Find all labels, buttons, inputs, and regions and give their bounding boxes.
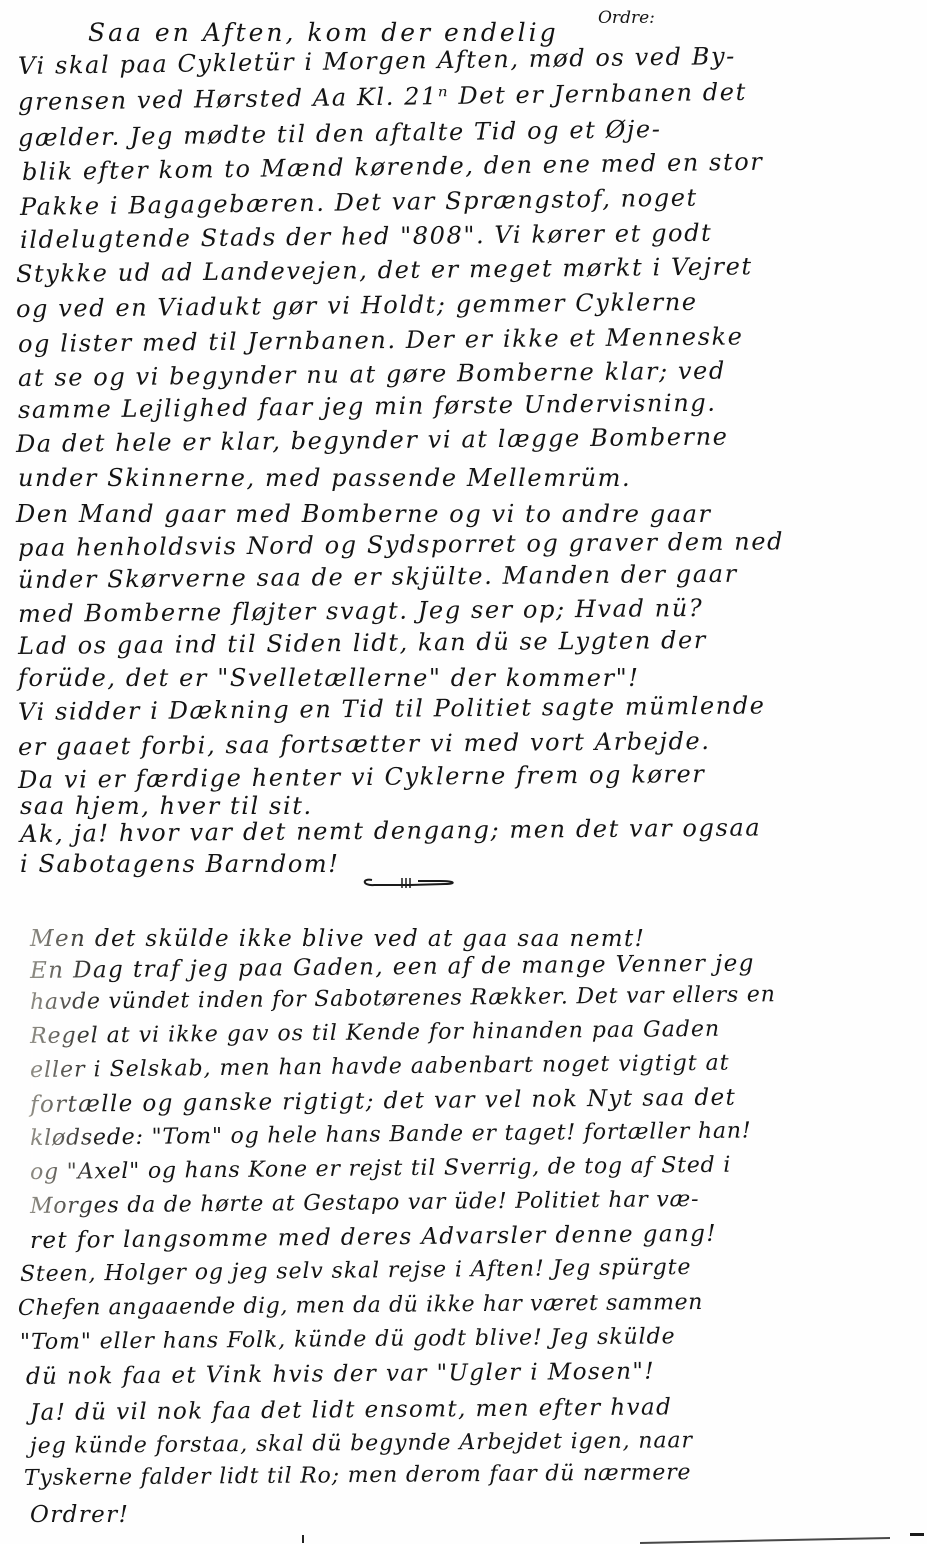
text-line: Ordrer!	[30, 1502, 129, 1528]
text-line: grensen ved Hørsted Aa Kl. 21ⁿ Det er Je…	[18, 78, 747, 116]
text-line: ret for langsomme med deres Advarsler de…	[30, 1221, 717, 1254]
text-line: Saa en Aften, kom der endelig	[88, 18, 559, 47]
text-line: og lister med til Jernbanen. Der er ikke…	[18, 322, 744, 358]
text-line: ildelugtende Stads der hed "808". Vi kør…	[20, 219, 713, 254]
scan-edge-shadow	[640, 1530, 927, 1544]
text-line: Vi sidder i Dækning en Tid til Politiet …	[18, 691, 766, 726]
text-line: dü nok faa et Vink hvis der var "Ugler i…	[26, 1359, 655, 1390]
text-line: er gaaet forbi, saa fortsætter vi med vo…	[18, 727, 711, 761]
text-line: Da vi er færdige henter vi Cyklerne frem…	[18, 760, 706, 794]
text-line: Chefen angaaende dig, men da dü ikke har…	[18, 1290, 703, 1321]
text-line: Da det hele er klar, begynder vi at lægg…	[16, 423, 729, 458]
text-line: og ved en Viadukt gør vi Holdt; gemmer C…	[16, 288, 698, 323]
scan-artifact	[302, 1535, 304, 1543]
text-line: Steen, Holger og jeg selv skal rejse i A…	[20, 1255, 692, 1287]
text-line: Tyskerne falder lidt til Ro; men derom f…	[24, 1460, 692, 1491]
text-line: blik efter kom to Mænd kørende, den ene …	[22, 148, 764, 186]
header-note: Ordre:	[598, 8, 655, 28]
text-line: med Bomberne fløjter svagt. Jeg ser op; …	[18, 594, 704, 628]
text-line: Regel at vi ikke gav os til Kende for hi…	[30, 1017, 720, 1049]
text-line: klødsede: "Tom" og hele hans Bande er ta…	[30, 1118, 752, 1151]
text-line: i Sabotagens Barndom!	[20, 850, 339, 878]
text-line: En Dag traf jeg paa Gaden, een af de man…	[30, 950, 755, 984]
text-line: Men det skülde ikke blive ved at gaa saa…	[30, 926, 645, 952]
text-line: havde vündet inden for Sabotørenes Række…	[30, 982, 776, 1015]
text-line: Pakke i Bagagebæren. Det var Sprængstof,…	[20, 184, 698, 221]
text-line: eller i Selskab, men han havde aabenbart…	[30, 1051, 730, 1083]
text-line: Stykke ud ad Landevejen, det er meget mø…	[16, 252, 753, 288]
text-line: paa henholdsvis Nord og Sydsporret og gr…	[18, 527, 784, 562]
text-line: Lad os gaa ind til Siden lidt, kan dü se…	[18, 626, 707, 660]
text-line: Den Mand gaar med Bomberne og vi to andr…	[16, 500, 712, 528]
text-line: gælder. Jeg mødte til den aftalte Tid og…	[18, 115, 662, 152]
text-line: "Tom" eller hans Folk, künde dü godt bli…	[20, 1324, 676, 1355]
text-line: Ak, ja! hvor var det nemt dengang; men d…	[20, 814, 761, 848]
text-line: samme Lejlighed faar jeg min første Unde…	[18, 389, 717, 424]
manuscript-page: Ordre: Saa en Aften, kom der endelig Vi …	[0, 0, 927, 1544]
text-line: og "Axel" og hans Kone er rejst til Sver…	[30, 1153, 731, 1185]
text-line: jeg künde forstaa, skal dü begynde Arbej…	[30, 1428, 693, 1459]
text-line: at se og vi begynder nu at gøre Bomberne…	[18, 357, 726, 392]
text-line: Ja! dü vil nok faa det lidt ensomt, men …	[30, 1394, 672, 1426]
text-line: saa hjem, hver til sit.	[20, 792, 313, 820]
text-line: ünder Skørverne saa de er skjülte. Mande…	[18, 560, 738, 594]
text-line: forüde, det er "Svelletællerne" der komm…	[18, 664, 640, 692]
divider-flourish-icon	[360, 872, 460, 892]
text-line: under Skinnerne, med passende Mellemrüm.	[18, 464, 631, 492]
text-line: fortælle og ganske rigtigt; det var vel …	[30, 1085, 736, 1118]
faded-ink-margin	[28, 926, 106, 1226]
text-line: Morges da de hørte at Gestapo var üde! P…	[30, 1187, 700, 1219]
text-line: Vi skal paa Cykletür i Morgen Aften, mød…	[18, 42, 736, 80]
